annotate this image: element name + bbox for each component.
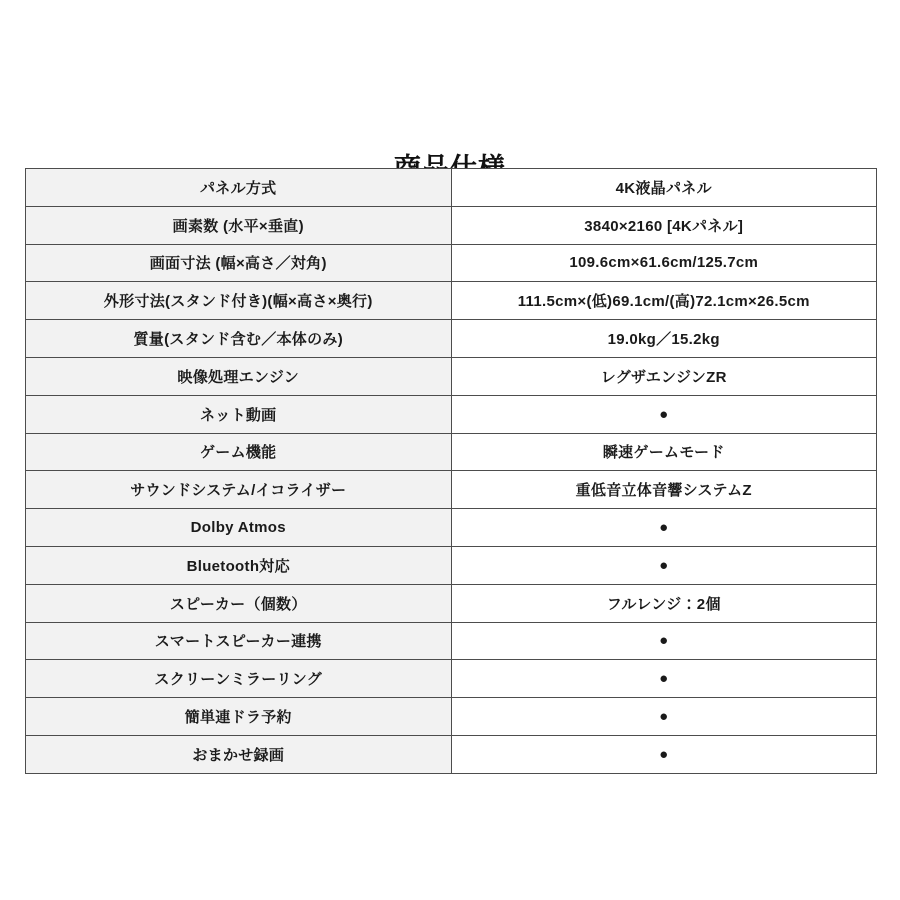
spec-label: おまかせ録画 [26, 735, 452, 773]
spec-label: サウンドシステム/イコライザー [26, 471, 452, 509]
spec-label: スピーカー（個数） [26, 584, 452, 622]
spec-value: ● [451, 622, 877, 660]
table-row: パネル方式4K液晶パネル [26, 169, 877, 207]
table-row: 簡単連ドラ予約● [26, 698, 877, 736]
spec-value: ● [451, 735, 877, 773]
table-row: おまかせ録画● [26, 735, 877, 773]
spec-value: 111.5cm×(低)69.1cm/(高)72.1cm×26.5cm [451, 282, 877, 320]
spec-label: 画面寸法 (幅×高さ／対角) [26, 244, 452, 282]
table-row: Dolby Atmos● [26, 509, 877, 547]
spec-value: 3840×2160 [4Kパネル] [451, 206, 877, 244]
table-row: ゲーム機能瞬速ゲームモード [26, 433, 877, 471]
table-row: 質量(スタンド含む／本体のみ)19.0kg／15.2kg [26, 320, 877, 358]
spec-value: ● [451, 509, 877, 547]
spec-label: 簡単連ドラ予約 [26, 698, 452, 736]
spec-label: 映像処理エンジン [26, 357, 452, 395]
table-row: スピーカー（個数）フルレンジ：2個 [26, 584, 877, 622]
spec-label: ネット動画 [26, 395, 452, 433]
table-row: Bluetooth対応● [26, 546, 877, 584]
table-row: サウンドシステム/イコライザー重低音立体音響システムZ [26, 471, 877, 509]
spec-value: 19.0kg／15.2kg [451, 320, 877, 358]
table-row: スクリーンミラーリング● [26, 660, 877, 698]
spec-value: ● [451, 698, 877, 736]
spec-value: 重低音立体音響システムZ [451, 471, 877, 509]
table-row: ネット動画● [26, 395, 877, 433]
spec-value: ● [451, 546, 877, 584]
spec-label: Bluetooth対応 [26, 546, 452, 584]
spec-label: スクリーンミラーリング [26, 660, 452, 698]
spec-value: レグザエンジンZR [451, 357, 877, 395]
spec-label: 画素数 (水平×垂直) [26, 206, 452, 244]
table-row: スマートスピーカー連携● [26, 622, 877, 660]
spec-label: スマートスピーカー連携 [26, 622, 452, 660]
spec-label: Dolby Atmos [26, 509, 452, 547]
spec-label: 外形寸法(スタンド付き)(幅×高さ×奥行) [26, 282, 452, 320]
spec-value: 瞬速ゲームモード [451, 433, 877, 471]
spec-value: フルレンジ：2個 [451, 584, 877, 622]
spec-value: ● [451, 395, 877, 433]
table-row: 映像処理エンジンレグザエンジンZR [26, 357, 877, 395]
spec-value: 4K液晶パネル [451, 169, 877, 207]
spec-value: 109.6cm×61.6cm/125.7cm [451, 244, 877, 282]
table-row: 画面寸法 (幅×高さ／対角)109.6cm×61.6cm/125.7cm [26, 244, 877, 282]
spec-table-body: パネル方式4K液晶パネル画素数 (水平×垂直)3840×2160 [4Kパネル]… [26, 169, 877, 774]
spec-label: パネル方式 [26, 169, 452, 207]
spec-value: ● [451, 660, 877, 698]
spec-label: 質量(スタンド含む／本体のみ) [26, 320, 452, 358]
table-row: 外形寸法(スタンド付き)(幅×高さ×奥行)111.5cm×(低)69.1cm/(… [26, 282, 877, 320]
spec-label: ゲーム機能 [26, 433, 452, 471]
table-row: 画素数 (水平×垂直)3840×2160 [4Kパネル] [26, 206, 877, 244]
product-spec-table: パネル方式4K液晶パネル画素数 (水平×垂直)3840×2160 [4Kパネル]… [25, 168, 877, 774]
